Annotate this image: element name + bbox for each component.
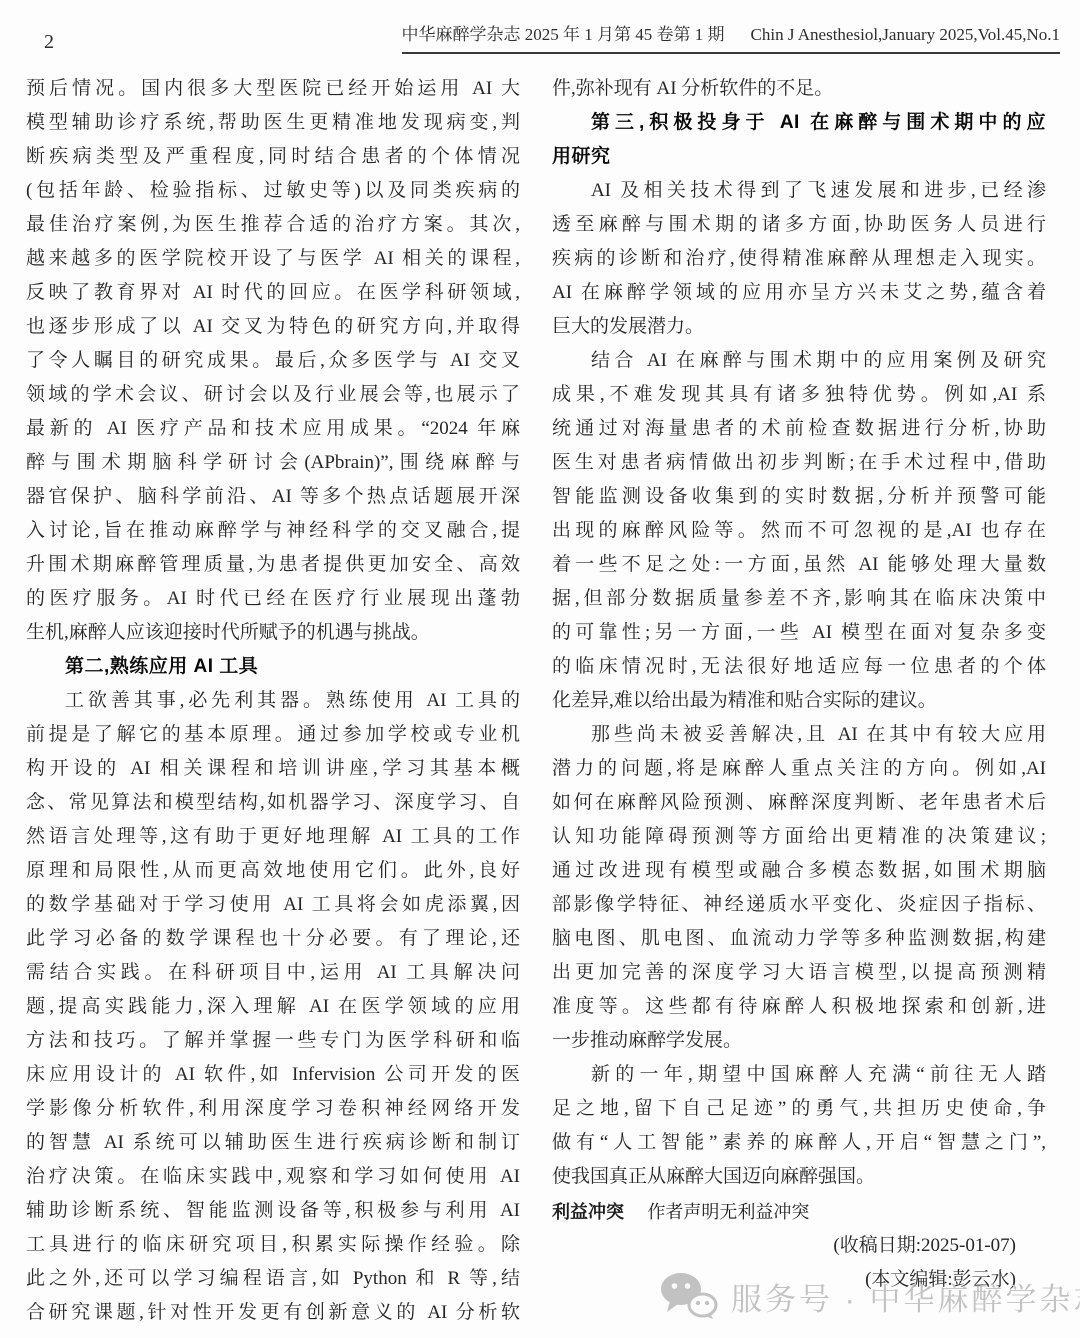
page-number: 2	[44, 30, 54, 54]
conflict-label: 利益冲突	[552, 1202, 624, 1222]
text-line: 智能监测设备收集到的实时数据,分析并预警可能	[552, 480, 1046, 514]
text-line: 成果,不难发现其具有诸多独特优势。例如,AI 系	[552, 378, 1046, 412]
text-line: 医生对患者病情做出初步判断;在手术过程中,借助	[552, 446, 1046, 480]
text-line: 反映了教育界对 AI 时代的回应。在医学科研领域,	[26, 276, 520, 310]
text-line: 也逐步形成了以 AI 交叉为特色的研究方向,并取得	[26, 310, 520, 344]
text-line: 床应用设计的 AI 软件,如 Infervision 公司开发的医	[26, 1058, 520, 1092]
conflict-statement: 作者声明无利益冲突	[647, 1202, 809, 1222]
conflict-of-interest-line: 利益冲突作者声明无利益冲突	[552, 1195, 1046, 1229]
text-line: 前提是了解它的基本原理。通过参加学校或专业机	[26, 718, 520, 752]
text-line: 疾病的诊断和治疗,使得精准麻醉从理想走入现实。	[552, 242, 1046, 276]
text-line: 的临床情况时,无法很好地适应每一位患者的个体	[552, 650, 1046, 684]
journal-title-en: Chin J Anesthesiol,January 2025,Vol.45,N…	[751, 25, 1060, 44]
section-heading: 第三,积极投身于 AI 在麻醉与围术期中的应	[552, 106, 1046, 140]
text-line: 巨大的发展潜力。	[552, 310, 1046, 344]
text-line: 需结合实践。在科研项目中,运用 AI 工具解决问	[26, 956, 520, 990]
journal-title-cn: 中华麻醉学杂志 2025 年 1 月第 45 卷第 1 期	[402, 25, 725, 44]
text-line: 着一些不足之处:一方面,虽然 AI 能够处理大量数	[552, 548, 1046, 582]
text-line: 此之外,还可以学习编程语言,如 Python 和 R 等,结	[26, 1262, 520, 1296]
text-line: 了令人瞩目的研究成果。最后,众多医学与 AI 交叉	[26, 344, 520, 378]
text-line: 准度等。这些都有待麻醉人积极地探索和创新,进	[552, 990, 1046, 1024]
journal-page: 2 中华麻醉学杂志 2025 年 1 月第 45 卷第 1 期Chin J An…	[0, 0, 1080, 1338]
text-line: 通过改进现有模型或融合多模态数据,如围术期脑	[552, 854, 1046, 888]
wechat-icon	[660, 1272, 718, 1320]
text-line: 方法和技巧。了解并掌握一些专门为医学科研和临	[26, 1024, 520, 1058]
text-line: 化差异,难以给出最为精准和贴合实际的建议。	[552, 684, 1046, 718]
text-line: 辅助诊断系统、智能监测设备等,积极参与利用 AI	[26, 1194, 520, 1228]
text-line: 最新的 AI 医疗产品和技术应用成果。“2024 年麻	[26, 412, 520, 446]
text-line: 学影像分析软件,利用深度学习卷积神经网络开发	[26, 1092, 520, 1126]
text-line: 据,但部分数据质量参差不齐,影响其在临床决策中	[552, 582, 1046, 616]
text-line: 的数学基础对于学习使用 AI 工具将会如虎添翼,因	[26, 888, 520, 922]
service-account-text: 服务号 · 中华麻醉学杂志	[731, 1274, 1080, 1319]
column-right: 件,弥补现有 AI 分析软件的不足。第三,积极投身于 AI 在麻醉与围术期中的应…	[552, 72, 1046, 1194]
text-line: 原理和局限性,从而更高效地使用它们。此外,良好	[26, 854, 520, 888]
text-line: 预后情况。国内很多大型医院已经开始运用 AI 大	[26, 72, 520, 106]
text-line: 结合 AI 在麻醉与围术期中的应用案例及研究	[552, 344, 1046, 378]
text-line: 生机,麻醉人应该迎接时代所赋予的机遇与挑战。	[26, 616, 520, 650]
text-line: 然语言处理等,这有助于更好地理解 AI 工具的工作	[26, 820, 520, 854]
text-line: 领域的学术会议、研讨会以及行业展会等,也展示了	[26, 378, 520, 412]
text-line: 统通过对海量患者的术前检查数据进行分析,协助	[552, 412, 1046, 446]
section-heading: 第二,熟练应用 AI 工具	[26, 650, 520, 684]
text-line: AI 在麻醉学领域的应用亦呈方兴未艾之势,蕴含着	[552, 276, 1046, 310]
text-line: 此学习必备的数学课程也十分必要。有了理论,还	[26, 922, 520, 956]
text-line: 工欲善其事,必先利其器。熟练使用 AI 工具的	[26, 684, 520, 718]
journal-masthead: 中华麻醉学杂志 2025 年 1 月第 45 卷第 1 期Chin J Anes…	[402, 20, 1060, 54]
column-left: 预后情况。国内很多大型医院已经开始运用 AI 大模型辅助诊疗系统,帮助医生更精准…	[26, 72, 520, 1330]
text-line: 一步推动麻醉学发展。	[552, 1024, 1046, 1058]
text-line: 那些尚未被妥善解决,且 AI 在其中有较大应用	[552, 718, 1046, 752]
text-line: 模型辅助诊疗系统,帮助医生更精准地发现病变,判	[26, 106, 520, 140]
text-line: 新的一年,期望中国麻醉人充满“前往无人踏	[552, 1058, 1046, 1092]
text-line: 部影像学特征、神经递质水平变化、炎症因子指标、	[552, 888, 1046, 922]
text-line: 最佳治疗案例,为医生推荐合适的治疗方案。其次,	[26, 208, 520, 242]
text-line: 足之地,留下自己足迹”的勇气,共担历史使命,争	[552, 1092, 1046, 1126]
text-line: (包括年龄、检验指标、过敏史等)以及同类疾病的	[26, 174, 520, 208]
received-date: (收稿日期:2025-01-07)	[552, 1229, 1046, 1263]
text-line: 升围术期麻醉管理质量,为患者提供更加安全、高效	[26, 548, 520, 582]
text-line: AI 及相关技术得到了飞速发展和进步,已经渗	[552, 174, 1046, 208]
text-line: 认知功能障碍预测等方面给出更精准的决策建议;	[552, 820, 1046, 854]
text-line: 出现的麻醉风险等。然而不可忽视的是,AI 也存在	[552, 514, 1046, 548]
text-line: 醉与围术期脑科学研讨会(APbrain)”,围绕麻醉与	[26, 446, 520, 480]
text-line: 的可靠性;另一方面,一些 AI 模型在面对复杂多变	[552, 616, 1046, 650]
text-line: 构开设的 AI 相关课程和培训讲座,学习其基本概	[26, 752, 520, 786]
text-line: 脑电图、肌电图、血流动力学等多种监测数据,构建	[552, 922, 1046, 956]
text-line: 断疾病类型及严重程度,同时结合患者的个体情况	[26, 140, 520, 174]
wechat-service-badge: 服务号 · 中华麻醉学杂志	[660, 1272, 1080, 1320]
text-line: 工具进行的临床研究项目,积累实际操作经验。除	[26, 1228, 520, 1262]
text-line: 使我国真正从麻醉大国迈向麻醉强国。	[552, 1160, 1046, 1194]
page-header: 2 中华麻醉学杂志 2025 年 1 月第 45 卷第 1 期Chin J An…	[0, 20, 1080, 54]
section-heading: 用研究	[552, 140, 1046, 174]
text-line: 的智慧 AI 系统可以辅助医生进行疾病诊断和制订	[26, 1126, 520, 1160]
text-line: 器官保护、脑科学前沿、AI 等多个热点话题展开深	[26, 480, 520, 514]
text-line: 合研究课题,针对性开发更有创新意义的 AI 分析软	[26, 1296, 520, 1330]
text-line: 的医疗服务。AI 时代已经在医疗行业展现出蓬勃	[26, 582, 520, 616]
text-line: 题,提高实践能力,深入理解 AI 在医学领域的应用	[26, 990, 520, 1024]
text-line: 出更加完善的深度学习大语言模型,以提高预测精	[552, 956, 1046, 990]
text-line: 潜力的问题,将是麻醉人重点关注的方向。例如,AI	[552, 752, 1046, 786]
text-line: 如何在麻醉风险预测、麻醉深度判断、老年患者术后	[552, 786, 1046, 820]
text-line: 治疗决策。在临床实践中,观察和学习如何使用 AI	[26, 1160, 520, 1194]
text-line: 入讨论,旨在推动麻醉学与神经科学的交叉融合,提	[26, 514, 520, 548]
text-line: 透至麻醉与围术期的诸多方面,协助医务人员进行	[552, 208, 1046, 242]
text-line: 件,弥补现有 AI 分析软件的不足。	[552, 72, 1046, 106]
text-line: 做有“人工智能”素养的麻醉人,开启“智慧之门”,	[552, 1126, 1046, 1160]
text-line: 越来越多的医学院校开设了与医学 AI 相关的课程,	[26, 242, 520, 276]
text-line: 念、常见算法和模型结构,如机器学习、深度学习、自	[26, 786, 520, 820]
